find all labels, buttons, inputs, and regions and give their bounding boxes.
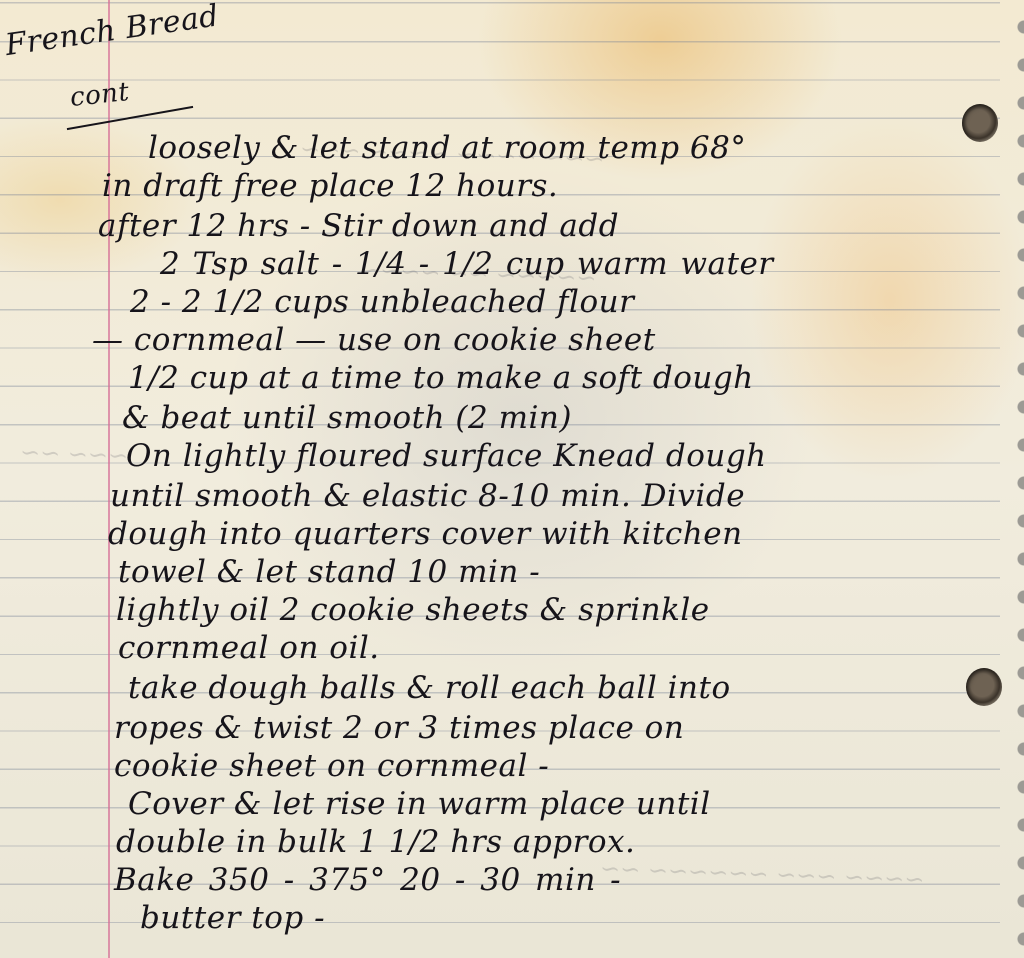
recipe-line: & beat until smooth (2 min) <box>122 400 572 436</box>
recipe-line: butter top - <box>140 900 325 936</box>
punch-hole-bottom <box>966 668 1002 706</box>
recipe-line: until smooth & elastic 8-10 min. Divide <box>110 478 745 514</box>
recipe-line: 1/2 cup at a time to make a soft dough <box>128 360 754 396</box>
recipe-line: 2 Tsp salt - 1/4 - 1/2 cup warm water <box>160 246 774 282</box>
recipe-line: Bake 350 - 375° 20 - 30 min - <box>114 862 621 898</box>
recipe-line: On lightly floured surface Knead dough <box>126 438 767 474</box>
punch-hole-top <box>962 104 998 142</box>
notebook-page: ~~~ ~~~~ ~~~~ ~~~ ~~~~~ ~~ ~~~~ ~~~ ~~ ~… <box>0 0 1024 958</box>
recipe-line: 2 - 2 1/2 cups unbleached flour <box>130 284 634 320</box>
recipe-line: ropes & twist 2 or 3 times place on <box>114 710 684 746</box>
recipe-line: in draft free place 12 hours. <box>102 168 558 204</box>
recipe-line: Cover & let rise in warm place until <box>128 786 711 822</box>
recipe-line: towel & let stand 10 min - <box>118 554 540 590</box>
recipe-line: double in bulk 1 1/2 hrs approx. <box>116 824 635 860</box>
recipe-line: cornmeal on oil. <box>118 630 380 666</box>
spiral-binding-edge <box>1014 0 1024 958</box>
recipe-line: take dough balls & roll each ball into <box>128 670 731 706</box>
recipe-line: loosely & let stand at room temp 68° <box>148 130 746 166</box>
recipe-line: cookie sheet on cornmeal - <box>114 748 549 784</box>
recipe-subtitle: cont <box>69 77 131 113</box>
bleed-through-text: ~~~ ~~ <box>20 438 129 470</box>
recipe-line: — cornmeal — use on cookie sheet <box>92 322 656 358</box>
recipe-line: after 12 hrs - Stir down and add <box>98 208 619 244</box>
recipe-line: lightly oil 2 cookie sheets & sprinkle <box>116 592 710 628</box>
recipe-line: dough into quarters cover with kitchen <box>108 516 743 552</box>
